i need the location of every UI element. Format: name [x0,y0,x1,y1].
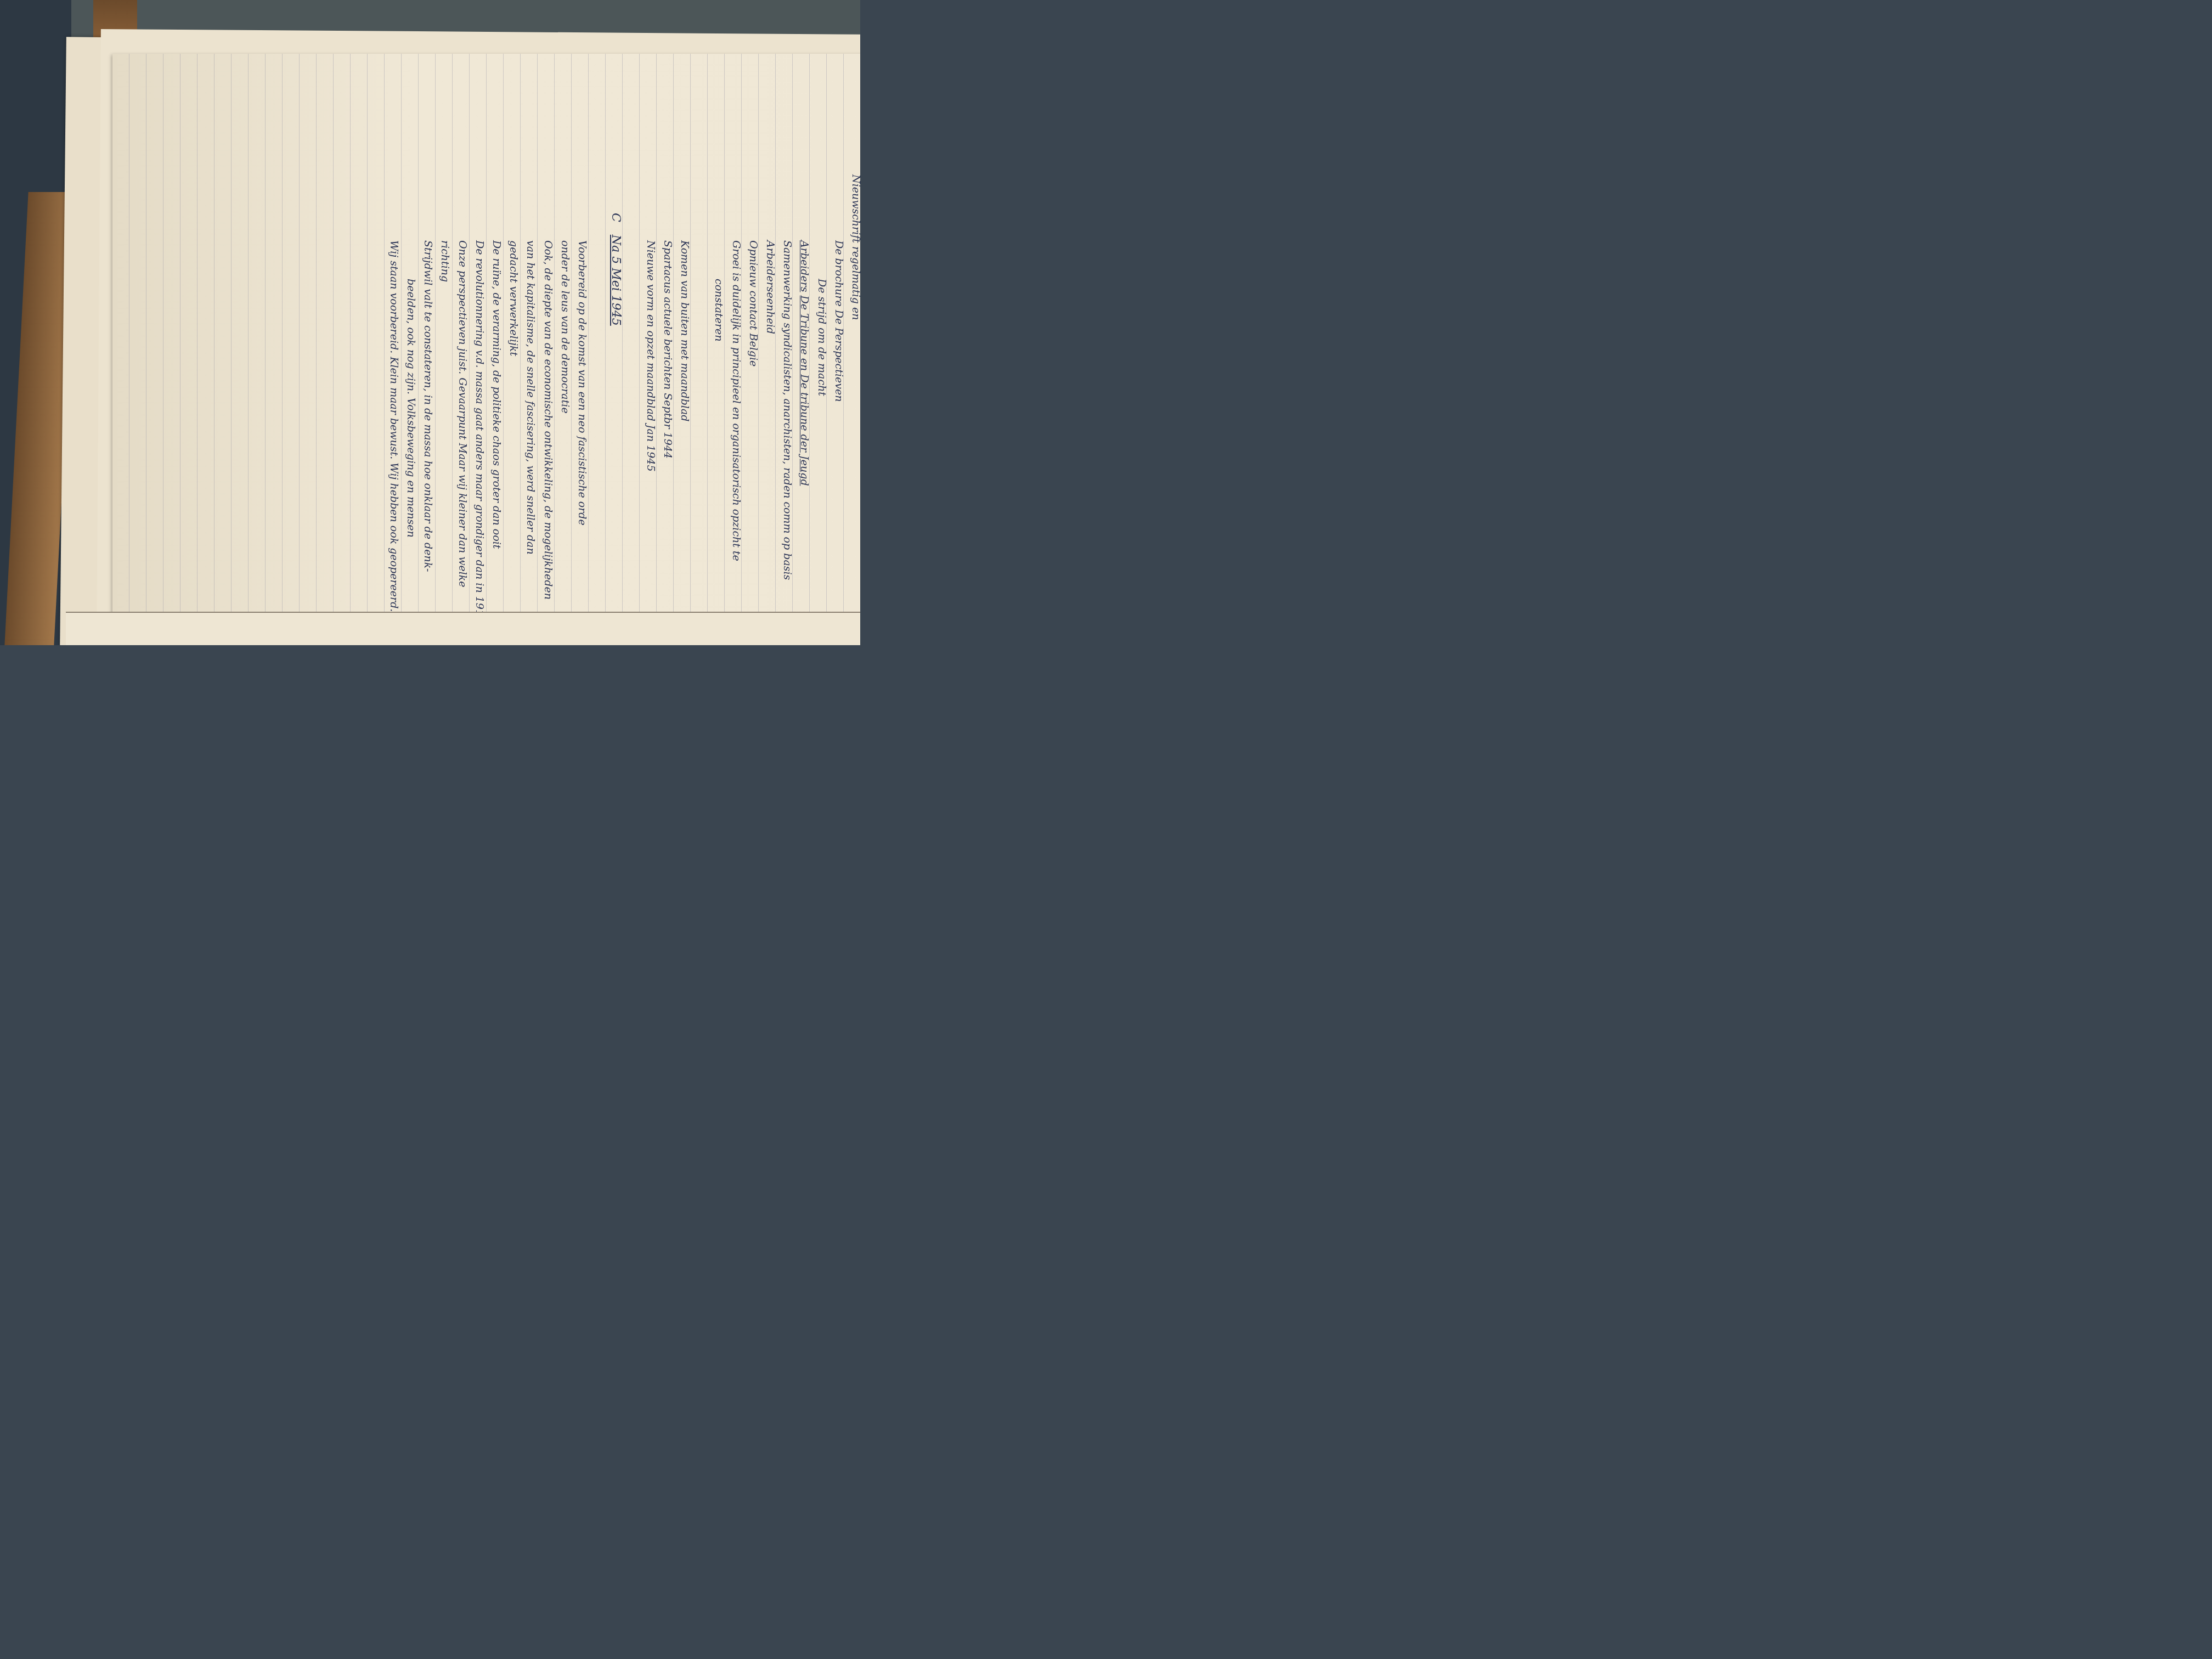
text-line: gedacht verwerkelijkt [505,153,522,624]
text-line: richting [436,153,453,624]
text-line: beelden, ook nog zijn. Volksbeweging en … [402,153,419,624]
section-marker: C [609,213,623,222]
text-line: Voorbereid op de komst van een neo fasci… [573,153,590,624]
text-line: Wij staan voorbereid. Klein maar bewust.… [385,153,402,624]
text-line: De ruïne, de verarming, de politieke cha… [488,153,505,624]
text-line: Onze perspectieven juist. Gevaarpunt Maa… [454,153,471,624]
text-line: De strijd om de macht [812,153,830,624]
text-line: Nieuwe vorm en opzet maandblad Jan 1945 [642,153,659,624]
arbeiders-label: Arbeiders [798,240,810,292]
handwritten-page: Nieuwschrift regelmatig en De brochure D… [112,54,860,624]
text-line: Nieuwschrift regelmatig en [847,153,860,624]
text-line: De brochure De Perspectieven [830,153,847,624]
text-line: Komen van buiten met maandblad [676,153,693,624]
next-page-edge [66,612,860,645]
text-line: Samenwerking syndicalisten, anarchisten,… [778,153,795,624]
section-heading: Na 5 Mei 1945 [609,235,623,326]
section-heading-line: C Na 5 Mei 1945 [607,153,624,624]
text-line: De revolutionnering v.d. massa gaat ande… [471,153,488,624]
text-line: Ook, de diepte van de economische ontwik… [539,153,556,624]
text-line: Opnieuw contact Belgie [744,153,761,624]
text-line: onder de leus van de democratie [556,153,573,624]
handwritten-text: Nieuwschrift regelmatig en De brochure D… [151,153,860,624]
text-line: Groei is duidelijk in principieel en org… [727,153,744,624]
text-line: constateren [710,153,727,624]
text-line: Strijdwil valt te constateren, in de mas… [419,153,436,624]
text-line: van het kapitalisme, de snelle fasciseri… [522,153,539,624]
text-line: Arbeiders De Tribune en De tribune der J… [795,153,812,624]
text-line: Spartacus actuele berichten Septbr 1944 [659,153,676,624]
text-line: Arbeiderseenheid [761,153,778,624]
tribune-title: De Tribune en De tribune der Jeugd [798,296,810,486]
